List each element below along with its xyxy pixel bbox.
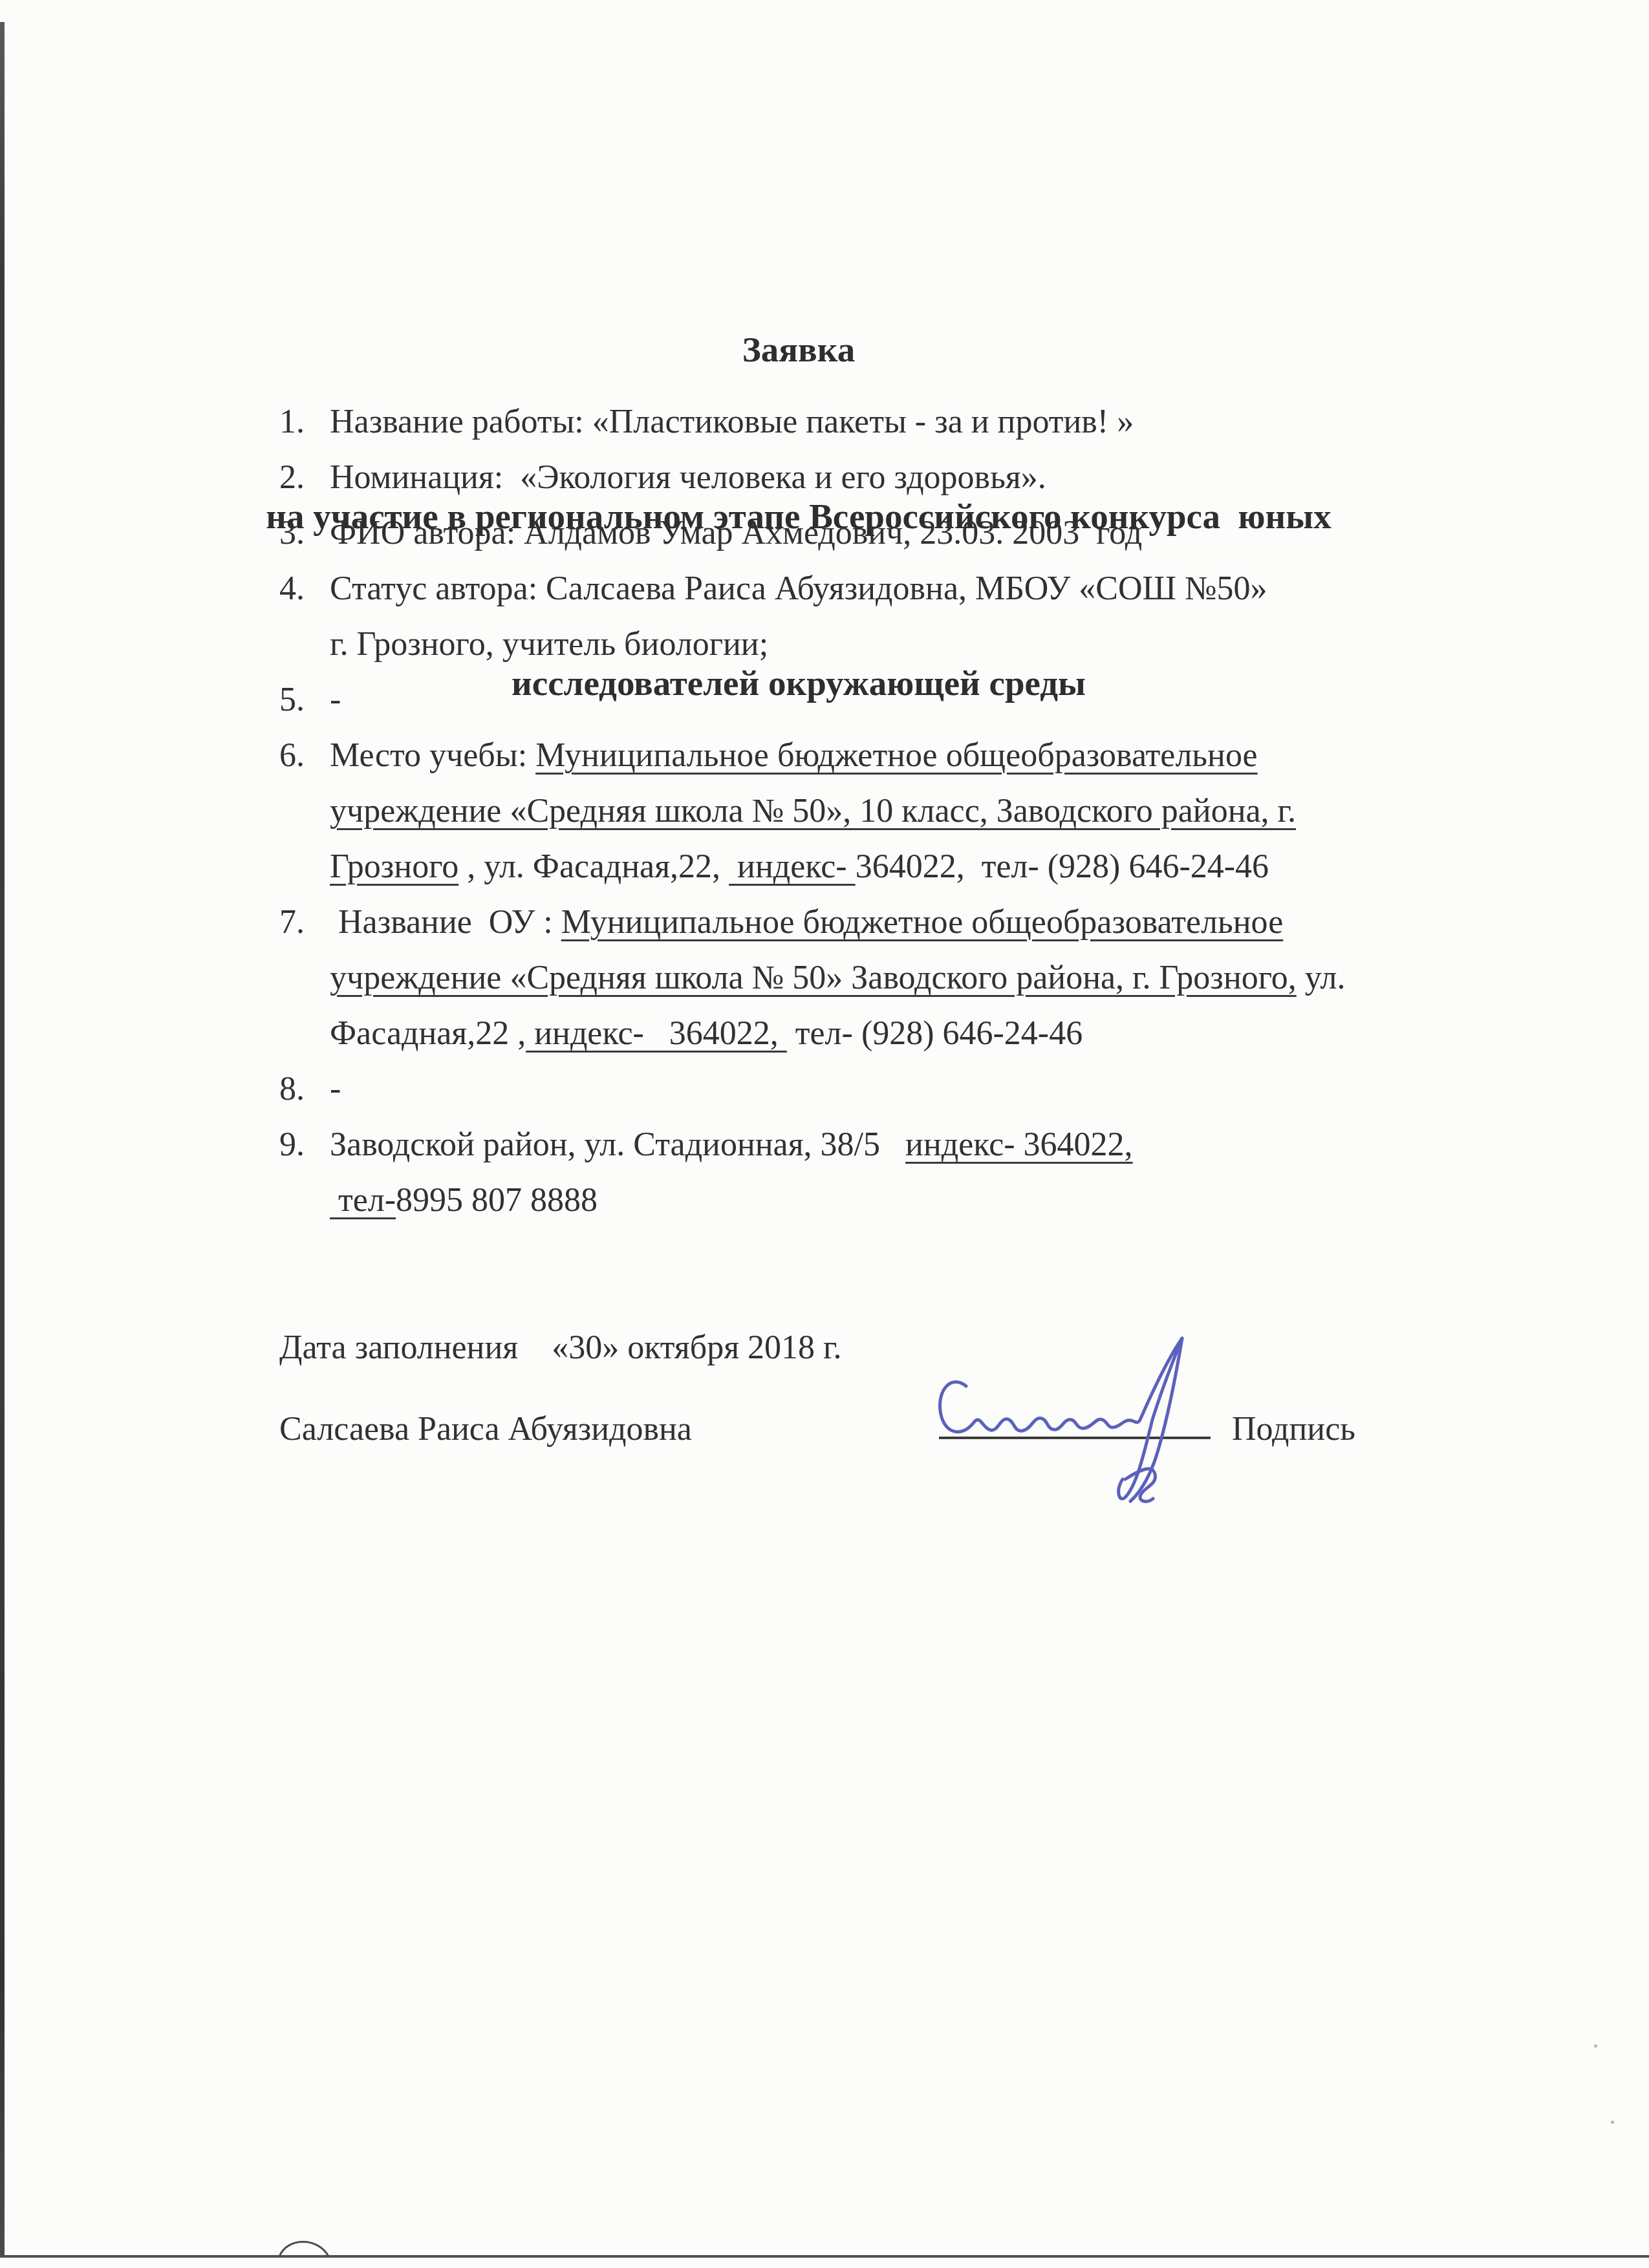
list-item: 5.- [279,672,1443,728]
item-line: г. Грозного, учитель биологии; [330,617,1443,672]
scan-edge-left [0,22,5,2256]
underlined-text-segment: индекс- 364022, [905,1126,1133,1163]
item-body: - [330,672,1443,728]
item-number: 2. [279,450,330,506]
text-segment: Заводской район, ул. Стадионная, 38/5 [330,1126,905,1163]
list-item: 7. Название ОУ : Муниципальное бюджетное… [279,895,1443,1062]
list-item: 1.Название работы: «Пластиковые пакеты -… [279,394,1443,450]
item-line: Место учебы: Муниципальное бюджетное общ… [330,728,1443,784]
scan-noise-dot [1594,2044,1597,2048]
underlined-text-segment: тел- [330,1182,396,1219]
item-number: 7. [279,895,330,950]
list-item: 6.Место учебы: Муниципальное бюджетное о… [279,728,1443,895]
scanned-page: Заявка на участие в региональном этапе В… [0,0,1649,2268]
scan-bottom-rule [0,2255,1649,2258]
signature-caption: Подпись [1232,1402,1355,1457]
item-number: 4. [279,561,330,617]
item-body: ФИО автора: Алдамов Умар Ахмедович, 23.0… [330,506,1443,561]
underlined-text-segment: индекс- [729,848,856,885]
scan-noise-dot [1611,2121,1614,2124]
item-number: 5. [279,672,330,728]
text-segment: тел- (928) 646-24-46 [787,1015,1083,1052]
item-number: 8. [279,1062,330,1117]
list-item: 9.Заводской район, ул. Стадионная, 38/5 … [279,1117,1443,1228]
item-body: - [330,1062,1443,1117]
item-line: - [330,1062,1443,1117]
item-line: Статус автора: Салсаева Раиса Абуязидовн… [330,561,1443,617]
item-number: 9. [279,1117,330,1173]
item-line: учреждение «Средняя школа № 50», 10 клас… [330,784,1443,839]
text-segment: Название ОУ : [330,904,561,941]
underlined-text-segment: Муниципальное бюджетное общеобразователь… [535,737,1258,774]
fill-date-line: Дата заполнения «30» октября 2018 г. [279,1320,842,1376]
item-number: 6. [279,728,330,784]
list-item: 4.Статус автора: Салсаева Раиса Абуязидо… [279,561,1443,672]
author-name: Салсаева Раиса Абуязидовна [279,1402,692,1457]
item-body: Статус автора: Салсаева Раиса Абуязидовн… [330,561,1443,672]
item-body: Заводской район, ул. Стадионная, 38/5 ин… [330,1117,1443,1228]
item-line: Название ОУ : Муниципальное бюджетное об… [330,895,1443,950]
text-segment: - [330,1071,341,1107]
item-body: Название работы: «Пластиковые пакеты - з… [330,394,1443,450]
text-segment: 364022, тел- (928) 646-24-46 [856,848,1269,885]
list-item: 3.ФИО автора: Алдамов Умар Ахмедович, 23… [279,506,1443,561]
text-segment: Статус автора: Салсаева Раиса Абуязидовн… [330,570,1267,607]
item-number: 3. [279,506,330,561]
text-segment: Номинация: «Экология человека и его здор… [330,459,1046,496]
text-segment: Фасадная,22 , [330,1015,526,1052]
text-segment: ул. [1297,959,1346,996]
text-segment: Название работы: «Пластиковые пакеты - з… [330,403,1134,440]
title-line: Заявка [220,322,1377,378]
item-line: тел-8995 807 8888 [330,1173,1443,1228]
text-segment: - [330,681,341,718]
item-line: Номинация: «Экология человека и его здор… [330,450,1443,506]
underlined-text-segment: учреждение «Средняя школа № 50», 10 клас… [330,793,1296,829]
item-line: Фасадная,22 , индекс- 364022, тел- (928)… [330,1006,1443,1062]
scan-rule-bump [277,2234,331,2259]
item-line: Название работы: «Пластиковые пакеты - з… [330,394,1443,450]
underlined-text-segment: Грозного [330,848,458,885]
item-number: 1. [279,394,330,450]
text-segment: , ул. Фасадная,22, [458,848,729,885]
item-body: Название ОУ : Муниципальное бюджетное об… [330,895,1443,1062]
item-line: Заводской район, ул. Стадионная, 38/5 ин… [330,1117,1443,1173]
underlined-text-segment: учреждение «Средняя школа № 50» Заводско… [330,959,1297,996]
item-body: Место учебы: Муниципальное бюджетное общ… [330,728,1443,895]
item-line: учреждение «Средняя школа № 50» Заводско… [330,950,1443,1006]
item-line: Грозного , ул. Фасадная,22, индекс- 3640… [330,839,1443,895]
underlined-text-segment: Муниципальное бюджетное общеобразователь… [561,904,1284,941]
text-segment: ФИО автора: Алдамов Умар Ахмедович, 23.0… [330,515,1142,551]
text-segment: г. Грозного, учитель биологии; [330,626,768,663]
item-line: - [330,672,1443,728]
signature-ink [923,1323,1208,1543]
item-line: ФИО автора: Алдамов Умар Ахмедович, 23.0… [330,506,1443,561]
list-item: 8.- [279,1062,1443,1117]
text-segment: Место учебы: [330,737,535,774]
application-list: 1.Название работы: «Пластиковые пакеты -… [279,394,1443,1228]
item-body: Номинация: «Экология человека и его здор… [330,450,1443,506]
list-item: 2.Номинация: «Экология человека и его зд… [279,450,1443,506]
underlined-text-segment: индекс- 364022, [526,1015,787,1052]
text-segment: 8995 807 8888 [396,1182,598,1219]
